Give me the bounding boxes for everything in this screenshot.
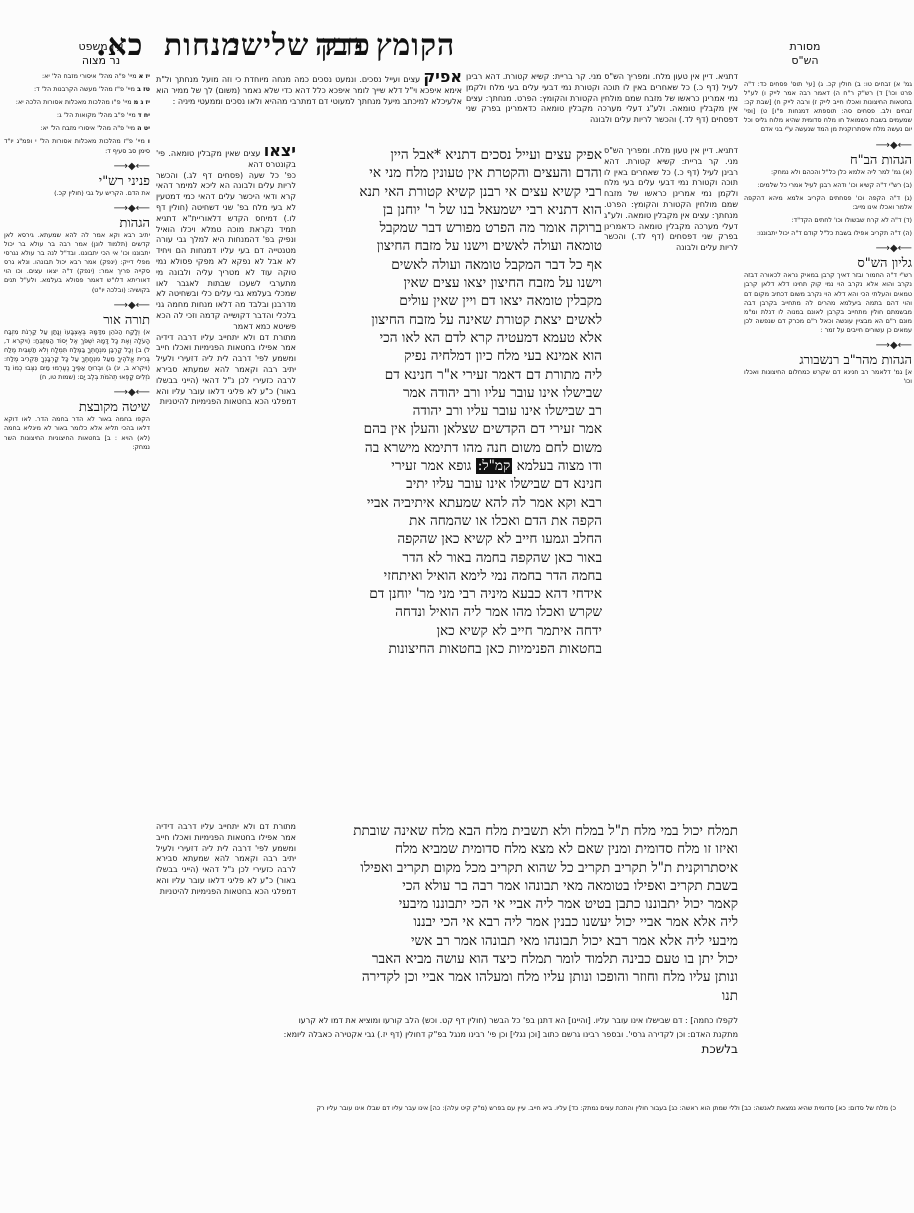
entry-text: מיי' פ"ה מהל' איסורי מזבח הל' יא: [40, 124, 135, 132]
gemara-line: רב שבישלו אינו עובר עליו ורב יהודה [300, 402, 602, 420]
gemara-line: בחטאות הפנימיות כאן בחטאות החיצונות [300, 640, 602, 658]
gemara-line: אף כל דבר המקבל טומאה ועולה לאשים [300, 256, 602, 274]
gemara-line: אפיק עצים ועייל נסכים דתניא *אבל היין [300, 146, 602, 164]
section-title-hagahot-habach: הגהות הב"ח [744, 156, 912, 165]
entry-letter: יז ג מ [134, 98, 150, 106]
gilyon-hashas-text: רש"י ד"ה החמור ובזר דאיך קרבן במאיק נראה… [744, 271, 912, 335]
footnotes-line: כ) מלח של סדום: כא] סדומית שהיא נמצאת לא… [156, 1104, 896, 1116]
ein-mishpat-entry: ו מיי' פ"ז מהלכות מאכלות אסורות הל' י ופ… [4, 137, 150, 155]
gemara-line: קאמר יכול יתבוננו כתבן בטיט אמר ליה אביי… [300, 895, 738, 913]
entry-text: מיי' פ"ה מהל' איסורי מזבח הל' יא: [42, 72, 137, 80]
bach-item: (א) גמ' למר ליה אלמא כלן כל"ל והכהם ולא … [744, 168, 912, 177]
section-title-shita-mekubetzet: שיטה מקובצת [4, 403, 150, 412]
gemara-line: תמלח יכול במי מלח ת"ל במלח ולא תשבית מלח… [300, 822, 738, 840]
gemara-line: אידחי דהא כבעא מיניה רבי מני מר' יוחנן ד… [300, 585, 602, 603]
footnote-text: כ) מלח של סדום: כא] סדומית שהיא נמצאת לא… [316, 1104, 896, 1112]
gemara-line: ידחה איתמר חייב לא קשיא כאן [300, 622, 602, 640]
tosafot-lower-column: מתורת דם ולא יתחייב עליו דרבה דידיה אמר … [156, 822, 296, 1012]
gemara-main-text: אפיק עצים ועייל נסכים דתניא *אבל היין וה… [300, 146, 602, 818]
ein-mishpat-entry: יז א מיי' פ"ה מהל' איסורי מזבח הל' יא: [4, 72, 150, 81]
divider-ornament: ⟵◆⟶ [744, 341, 912, 351]
gemara-line: ליה מתורת דם דאמר זעירי א"ר חנינא דם [300, 366, 602, 384]
hagahot-text: יתיב רבא וקא אמר לה להא שמעתא. גירסא לאן… [4, 231, 150, 295]
right-margin-column: גמ' א) זבחים טו: ב) חולין קכ. ג) [עי' תו… [744, 80, 912, 1090]
gemara-line: ונותן עליו מלח וחוזר והופכו ונותן עליו מ… [300, 968, 738, 986]
shita-mekubetzet-text: הקפו בחמה באור לא הדר בחמה הדר. לאו דוקא… [4, 415, 150, 451]
gemara-line: בשבת תקריב ואפילו בטומאה מאי תבונהו אמר … [300, 877, 738, 895]
highlight-marker: קמ"ל: [476, 458, 513, 474]
gemara-line: יכול יתן בו טעם כבינה תלמוד לומר תמלח כי… [300, 950, 738, 968]
masoret-line2: הש"ס [760, 54, 850, 68]
bach-item: (ד) ד"ה לא קרח שבשולו וכו' לחתים הקד"ד: [744, 216, 912, 225]
ein-mishpat-entry: יז ג מ מיי' פ"ו מהלכות מאכלות אסורות הלכ… [4, 98, 150, 107]
entry-text: מיי' פ"ז מהלכות מאכלות אסורות הל' י ופמ"… [4, 137, 150, 154]
gemara-line: והדם והעצים והקטרת אין טעונין מלח מני אי [300, 164, 602, 182]
gemara-line: תנו [300, 987, 738, 1005]
left-margin-column: יז א מיי' פ"ה מהל' איסורי מזבח הל' יא: ט… [4, 72, 150, 1082]
gemara-line: הקפה את הדם ואכלו או שהמחה את [300, 512, 602, 530]
tosafot-lower: מתורת דם ולא יתחייב עליו דרבה דידיה אמר … [156, 333, 296, 409]
maharav-text: א] גמ' דלאמר רב חנינא דם שקרש כמחלום החי… [744, 368, 912, 386]
divider-ornament: ⟵◆⟶ [744, 141, 912, 151]
divider-ornament: ⟵◆⟶ [4, 204, 150, 214]
rashi-continued-text: דתניא. דיין אין טעון מלח. ומפריך הש"ס מנ… [604, 146, 738, 252]
bach-item: (ג) ד"ה הקפה וכו' פסחתים הקריב אלמא מיהא… [744, 194, 912, 212]
gemara-line: החלב וגמעו חייב לא קשיא כאן שהקפה [300, 530, 602, 548]
entry-letter: יח ד [138, 111, 150, 119]
ein-mishpat-entry: יח ד מיי' פ"ב מהל' מקואות הל' ג: [4, 111, 150, 120]
divider-ornament: ⟵◆⟶ [4, 301, 150, 311]
bottom-commentary-line: לקפלו כחמה] : דם שבישלו אינו עובר עליו. … [156, 1014, 738, 1028]
gemara-text: ודו מצוה בעלמא [517, 458, 602, 474]
bach-item: (ב) רש"י ד"ה קשיא וכו' ודהא רבנן לעיל אמ… [744, 181, 912, 190]
gemara-lower-text: תמלח יכול במי מלח ת"ל במלח ולא תשבית מלח… [300, 822, 738, 1012]
gemara-line: שבישלו אינו עובר עליו ורב יהודה אמר [300, 384, 602, 402]
entry-letter: יט ה [137, 124, 150, 132]
entry-letter: יז א [139, 72, 150, 80]
gemara-line: באור כאן שהקפה בחמה באור לא הדר [300, 549, 602, 567]
gemara-text: גופא אמר זעירי [391, 458, 471, 474]
divider-ornament: ⟵◆⟶ [4, 388, 150, 398]
section-title-hagahot: הגהות [4, 219, 150, 228]
tosafot-body: כפ' כל שעה (פסחים דף לג.) והכשר לריות על… [156, 171, 296, 333]
gemara-line: הוא אמינא בעי מלח כיון דמלחיה נפיק [300, 347, 602, 365]
divider-ornament: ⟵◆⟶ [744, 244, 912, 254]
masoret-intro: גמ' א) זבחים טו: ב) חולין קכ. ג) [עי' תו… [744, 80, 912, 135]
section-title-maharav-ranshburg: הגהות מהר"ב רנשבורג [744, 356, 912, 365]
tractate-title: מנחות [164, 28, 240, 63]
bottom-commentary-line: בלשכת [156, 1042, 738, 1056]
gemara-line: איסתרוקנית ת"ל תקריב תקריב כל שהוא תקריב… [300, 859, 738, 877]
entry-letter: טז ב [137, 85, 150, 93]
gemara-line: לאשים יצאת קטורת שאינה על מזבח החיצון [300, 311, 602, 329]
gemara-line: רבא וקא אמר לה להא שמעתא איתיביה אביי [300, 494, 602, 512]
gemara-line: אלא טעמא דמעטיה קרא לדם הא לאו הכי [300, 329, 602, 347]
tosafot-text: עצים ועייל נסכים. ונמעט נסכים כמה מנחה מ… [156, 75, 462, 106]
entry-text: מיי' פ"ב מהל' מקואות הל' ג: [57, 111, 136, 119]
gemara-line: הוא דתניא רבי ישמעאל בנו של ר' יוחנן בן [300, 201, 602, 219]
section-title-torah-or: תורה אור [4, 316, 150, 325]
gemara-line: טומאה ועולה לאשים וישנו על מזבח החיצון [300, 237, 602, 255]
bottom-commentary: לקפלו כחמה] : דם שבישלו אינו עובר עליו. … [156, 1014, 738, 1094]
bottom-commentary-line: מתקנת האדם: וכן לקדירה גרסי'. ובספר רבינ… [156, 1028, 738, 1042]
gemara-line: אמר זעירי דם הקדשים שצלאן והעלן אין בהם [300, 420, 602, 438]
entry-text: מיי' פ"ו מהלכות מאכלות אסורות הלכה יא: [16, 98, 132, 106]
gemara-line: מיבעי ליה אלא אמר רבא יכול תבונהו מאי תב… [300, 932, 738, 950]
gemara-line: רבי קשיא עצים אי רבנן קשיא קטורת האי תנא [300, 183, 602, 201]
entry-text: מיי' פ"ז מהל' מעשה הקרבנות הל' ד: [34, 85, 135, 93]
torah-or-text: א) וְלָקַח הַכֹּהֵן מִדַּמָּהּ בְּאֶצְבָ… [4, 328, 150, 383]
gemara-line: ברוקה אומר מה הפרט מפורש דבר שמקבל [300, 219, 602, 237]
divider-ornament: ⟵◆⟶ [4, 162, 150, 172]
tosafot-heading: יצאו [264, 146, 296, 160]
masoret-hashas-label: מסורת הש"ס [760, 40, 850, 68]
section-title-gilyon-hashas: גליון הש"ס [744, 259, 912, 268]
rashi-side-column: דתניא. דיין אין טעון מלח. ומפריך הש"ס מנ… [604, 146, 738, 816]
tosafot-top-block: אפיק עצים ועייל נסכים. ונמעט נסכים כמה מ… [156, 72, 462, 144]
tosafot-opening-word: אפיק [423, 72, 462, 86]
entry-letter: ו [148, 137, 150, 145]
gemara-line: ליה אלא אמר אביי יכול יעשנו כבנין אמר לי… [300, 913, 738, 931]
gemara-line-with-marker: ודו מצוה בעלמא קמ"ל: גופא אמר זעירי [300, 457, 602, 475]
rashi-top-block: דתניא. דיין אין טעון מלח. ומפריך הש"ס מנ… [466, 72, 738, 144]
rashi-text: דתניא. דיין אין טעון מלח. ומפריך הש"ס מנ… [466, 72, 738, 124]
bach-item: (ה) ד"ה תקריב אפילו בשבת כל"ל קודם ד"ה י… [744, 229, 912, 238]
gemara-line: וישנו על מזבח החיצון יצאו עצים שאין [300, 274, 602, 292]
ein-mishpat-entry: יט ה מיי' פ"ה מהל' איסורי מזבח הל' יא: [4, 124, 150, 133]
pninei-rashi-text: את הדם. הקריש על גבי (חולין קכ.) [4, 189, 150, 198]
gemara-line: מקבלין טומאה יצאו דם ויין שאין עולים [300, 292, 602, 310]
ein-mishpat-entry: טז ב מיי' פ"ז מהל' מעשה הקרבנות הל' ד: [4, 85, 150, 94]
gemara-line: בחמה הדר בחמה נמי לימא הואיל ואיתחזי [300, 567, 602, 585]
page-number: כא. [96, 28, 143, 63]
gemara-line: משום לחם משום חנה מהו דתימא מישרא בה [300, 439, 602, 457]
tosafot-side-column: יצאו עצים שאין מקבלין טומאה. פי' בקונטרס… [156, 146, 296, 816]
gemara-line: ואיזו זו מלח סדומית ומנין שאם לא מצא מלח… [300, 840, 738, 858]
chapter-name: הקומץ רבה [315, 28, 455, 63]
tosafot-lower-text: מתורת דם ולא יתחייב עליו דרבה דידיה אמר … [156, 822, 296, 896]
gemara-line: שקרש ואכלו מהו אמר ליה הואיל ונדחה [300, 603, 602, 621]
section-title-pninei-rashi: פניני רש"י [4, 177, 150, 186]
gemara-line: חנינא דם שבישלו אינו עובר עליו יתיב [300, 475, 602, 493]
masoret-line1: מסורת [760, 40, 850, 54]
